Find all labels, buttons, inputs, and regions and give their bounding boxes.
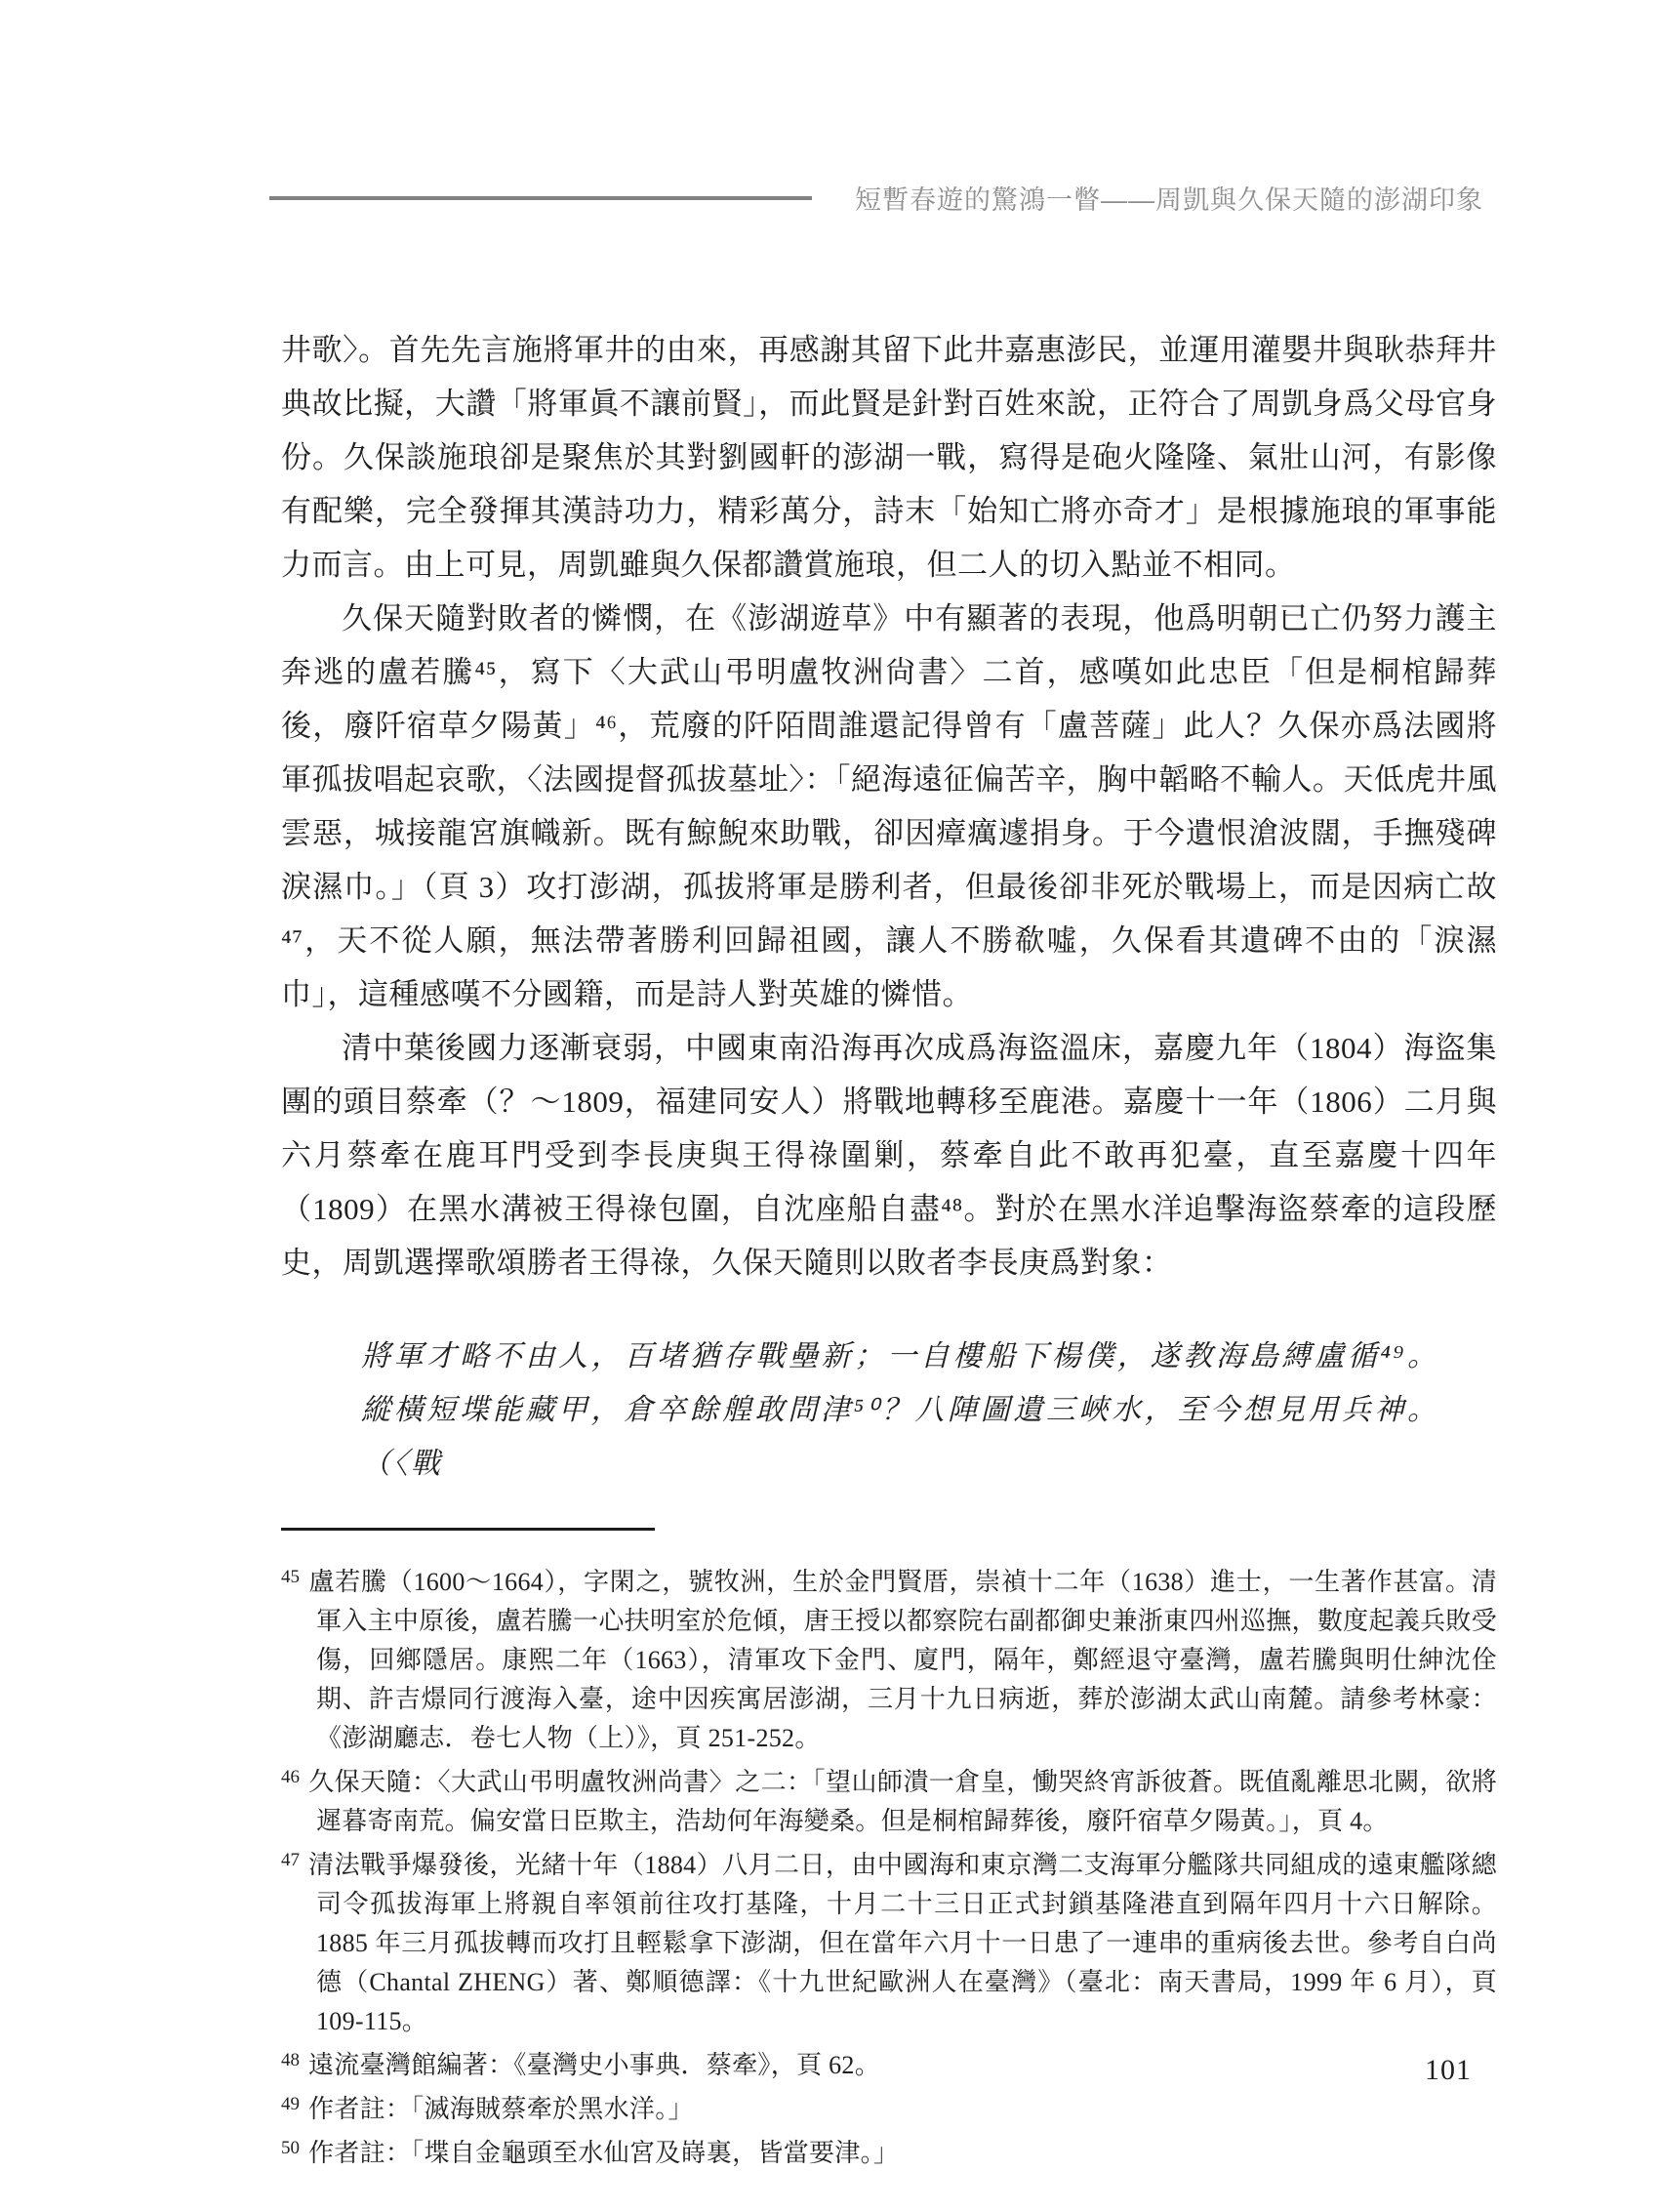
- footnote-number: 45: [281, 1558, 308, 1597]
- page-number: 101: [1425, 2054, 1472, 2087]
- header-divider: [269, 196, 812, 200]
- footnote-text: 盧若騰（1600～1664），字閑之，號牧洲，生於金門賢厝，崇禎十二年（1638…: [308, 1568, 1497, 1752]
- footnote-text: 作者註：「滅海賊蔡牽於黑水洋。」: [308, 2095, 694, 2123]
- footnote-number: 47: [281, 1841, 308, 1880]
- block-quote: 將軍才略不由人，百堵猶存戰壘新；一自樓船下楊僕，遂教海島縛盧循⁴⁹。縱橫短堞能藏…: [361, 1330, 1439, 1491]
- footnote: 45盧若騰（1600～1664），字閑之，號牧洲，生於金門賢厝，崇禎十二年（16…: [281, 1558, 1497, 1758]
- footnote: 46久保天隨：〈大武山弔明盧牧洲尚書〉之二：「望山師潰一倉皇，慟哭終宵訴彼蒼。既…: [281, 1758, 1497, 1841]
- footnote-text: 遠流臺灣館編著：《臺灣史小事典．蔡牽》，頁 62。: [308, 2051, 880, 2079]
- footnote-number: 46: [281, 1758, 308, 1797]
- footnote: 50作者註：「堞自金龜頭至水仙宮及嵵裏，皆當要津。」: [281, 2129, 1497, 2173]
- body-paragraph: 井歌〉。首先先言施將軍井的由來，再感謝其留下此井嘉惠澎民，並運用灌嬰井與耿恭拜井…: [281, 323, 1497, 592]
- footnote: 47清法戰爭爆發後，光緒十年（1884）八月二日，由中國海和東京灣二支海軍分艦隊…: [281, 1841, 1497, 2041]
- footnote: 48遠流臺灣館編著：《臺灣史小事典．蔡牽》，頁 62。: [281, 2041, 1497, 2085]
- footnote-text: 作者註：「堞自金龜頭至水仙宮及嵵裏，皆當要津。」: [308, 2139, 899, 2167]
- body-paragraph: 久保天隨對敗者的憐憫，在《澎湖遊草》中有顯著的表現，他爲明朝已亡仍努力護主奔逃的…: [281, 592, 1497, 1021]
- running-header-title: 短暫春遊的驚鴻一瞥——周凱與久保天隨的澎湖印象: [855, 179, 1483, 217]
- footnote-number: 49: [281, 2085, 308, 2124]
- footnote-text: 久保天隨：〈大武山弔明盧牧洲尚書〉之二：「望山師潰一倉皇，慟哭終宵訴彼蒼。既值亂…: [308, 1768, 1497, 1835]
- article-body: 井歌〉。首先先言施將軍井的由來，再感謝其留下此井嘉惠澎民，並運用灌嬰井與耿恭拜井…: [281, 323, 1497, 2173]
- footnote-text: 清法戰爭爆發後，光緒十年（1884）八月二日，由中國海和東京灣二支海軍分艦隊共同…: [308, 1851, 1497, 2035]
- footnote-number: 48: [281, 2041, 308, 2080]
- document-page: 短暫春遊的驚鴻一瞥——周凱與久保天隨的澎湖印象 井歌〉。首先先言施將軍井的由來，…: [0, 0, 1659, 2212]
- footnote: 49作者註：「滅海賊蔡牽於黑水洋。」: [281, 2085, 1497, 2129]
- footnote-separator: [281, 1528, 655, 1531]
- footnote-number: 50: [281, 2129, 308, 2168]
- footnote-list: 45盧若騰（1600～1664），字閑之，號牧洲，生於金門賢厝，崇禎十二年（16…: [281, 1558, 1497, 2173]
- body-paragraph: 清中葉後國力逐漸衰弱，中國東南沿海再次成爲海盜溫床，嘉慶九年（1804）海盜集團…: [281, 1021, 1497, 1290]
